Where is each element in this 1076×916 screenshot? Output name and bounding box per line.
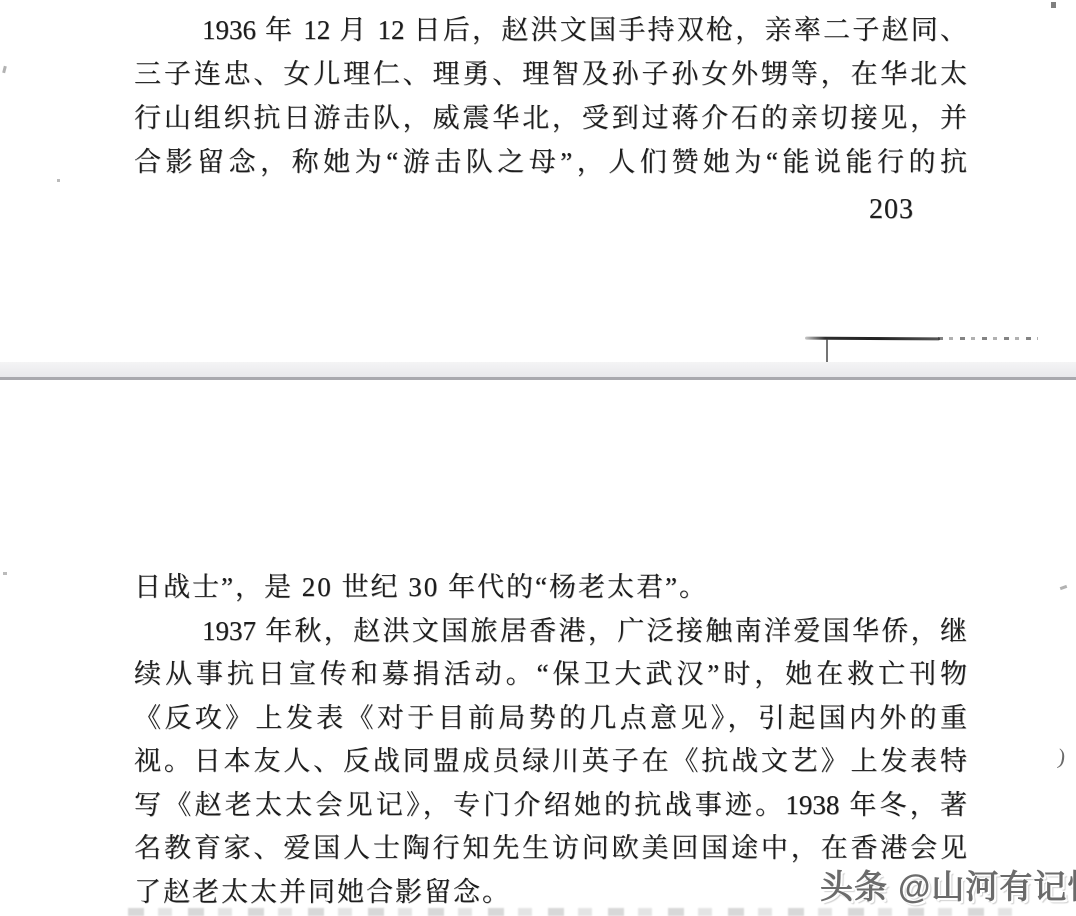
text-line: 行山组织抗日游击队，威震华北，受到过蒋介石的亲切接见，并 [134,96,967,140]
scan-scratch-dots [938,337,1038,340]
scan-speck [2,66,7,74]
toutiao-watermark: 头条 @山河有记忆 [820,861,1076,908]
page-number: 203 [869,194,914,226]
scan-speck [3,572,7,575]
top-page-paragraph: 1936 年 12 月 12 日后，赵洪文国手持双枪，亲率二子赵同、 三子连忠、… [134,8,967,184]
text-line: 写《赵老太太会见记》，专门介绍她的抗战事迹。1938 年冬，著 [134,784,967,828]
text-line: 1937 年秋，赵洪文国旅居香港，广泛接触南洋爱国华侨，继 [134,610,967,654]
scanned-book-page: 1936 年 12 月 12 日后，赵洪文国手持双枪，亲率二子赵同、 三子连忠、… [0,0,1076,916]
scan-speck [57,179,60,182]
text-line: 续从事抗日宣传和募捐活动。“保卫大武汉”时，她在救亡刊物 [134,653,967,697]
text-line: 《反攻》上发表《对于目前局势的几点意见》，引起国内外的重 [134,697,967,741]
scan-stray-mark: ) [1056,744,1067,771]
text-line: 1936 年 12 月 12 日后，赵洪文国手持双枪，亲率二子赵同、 [134,8,967,52]
text-line: 视。日本友人、反战同盟成员绿川英子在《抗战文艺》上发表特 [134,740,967,784]
scan-speck [1051,2,1056,8]
scan-speck [1060,585,1068,590]
scan-page-divider [0,362,1076,380]
cutoff-text-row [128,908,1014,916]
text-line: 日战士”，是 20 世纪 30 年代的“杨老太君”。 [134,566,967,610]
text-line: 合影留念，称她为“游击队之母”，人们赞她为“能说能行的抗 [134,140,967,184]
text-line: 三子连忠、女儿理仁、理勇、理智及孙子孙女外甥等，在华北太 [134,52,967,96]
